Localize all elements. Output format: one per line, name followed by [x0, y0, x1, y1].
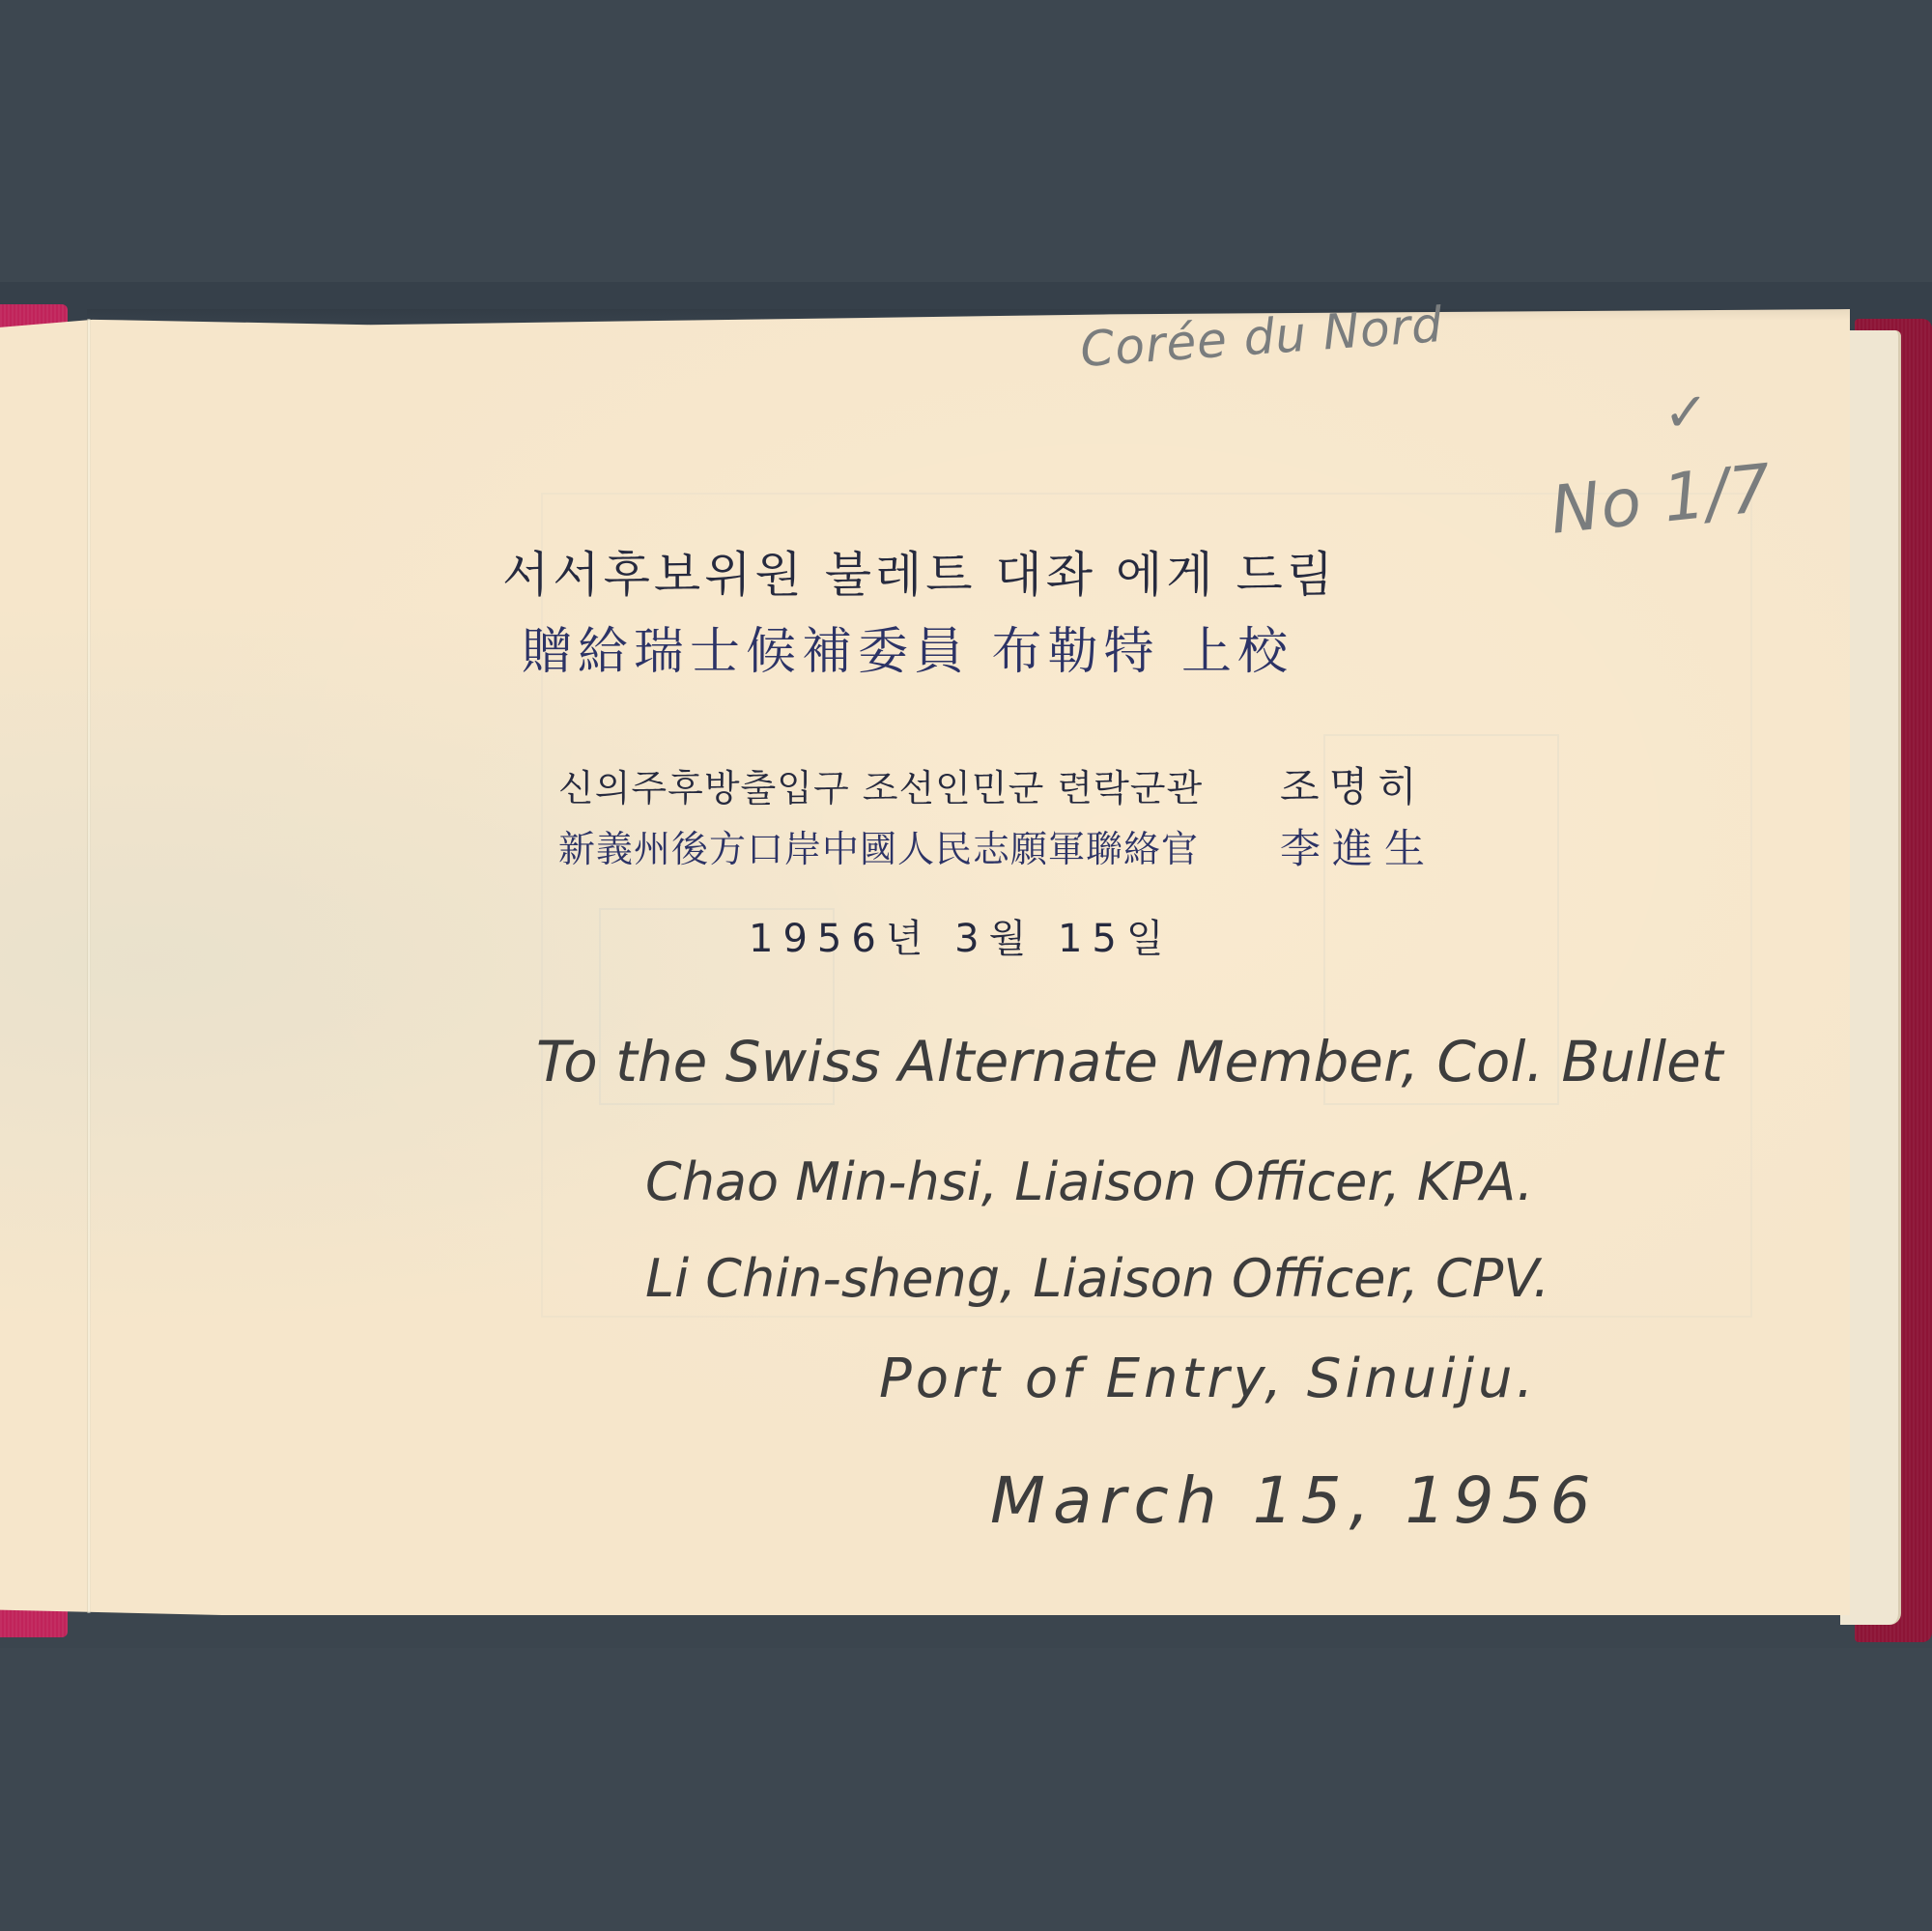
chinese-dedication: 贈給瑞士候補委員 布勒特 上校: [522, 611, 1293, 683]
page-shadow: [87, 309, 1850, 321]
chinese-signatory-name: 李進生: [1280, 817, 1436, 875]
english-date: March 15, 1956: [990, 1463, 1599, 1538]
english-signatory-kpa: Chao Min-hsi, Liaison Officer, KPA.: [645, 1151, 1533, 1212]
english-place: Port of Entry, Sinuiju.: [879, 1348, 1537, 1410]
korean-dedication: 서서후보위원 불레트 대좌 에게 드림: [502, 536, 1337, 606]
korean-date: 1956년 3월 15일: [749, 908, 1174, 963]
korean-signatory-title: 신의주후방출입구 조선인민군 련락군관: [558, 758, 1203, 811]
page-fold-line: [87, 319, 91, 1613]
english-dedication: To the Swiss Alternate Member, Col. Bull…: [536, 1029, 1723, 1094]
english-signatory-cpv: Li Chin-sheng, Liaison Officer, CPV.: [645, 1248, 1549, 1309]
korean-signatory-name: 조명히: [1280, 755, 1427, 813]
checkmark-icon: ✓: [1663, 382, 1710, 444]
chinese-signatory-title: 新義州後方口岸中國人民志願軍聯絡官: [558, 819, 1199, 872]
